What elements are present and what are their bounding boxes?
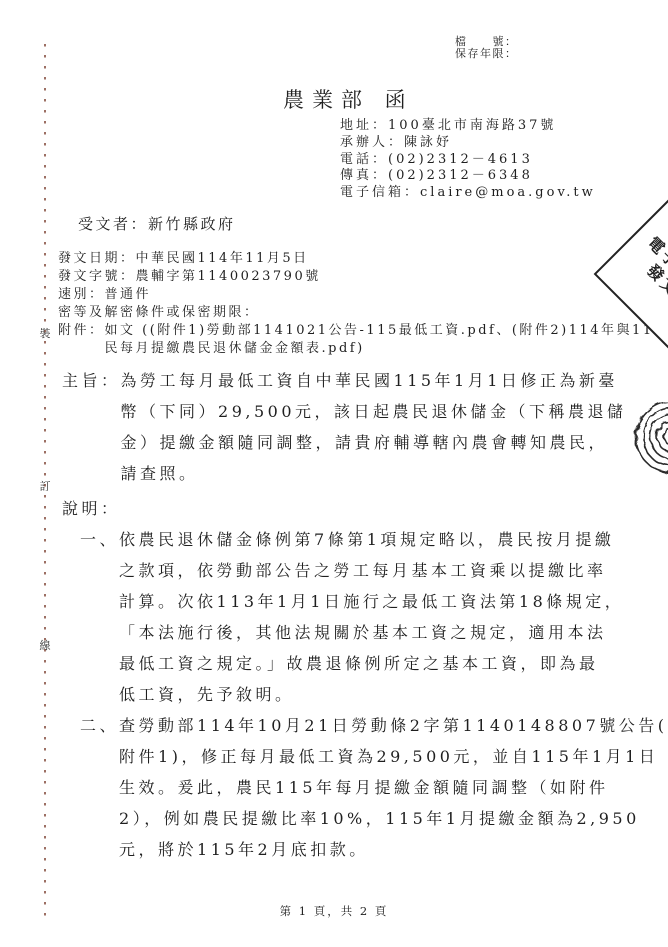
text-line: 民每月提繳農民退休儲金金額表.pdf): [105, 340, 668, 358]
text-line: 生效。爰此，農民115年每月提繳金額隨同調整（如附件: [119, 772, 668, 803]
item-number: 二、: [80, 710, 119, 741]
sender-fax: 傳真：(02)2312－6348: [340, 168, 596, 185]
subject-label: 主旨：: [62, 365, 121, 396]
description-item-1: 一、 依農民退休儲金條例第7條第1項規定略以，農民按月提繳之款項，依勞動部公告之…: [80, 524, 668, 710]
attachment-text: 如文 ((附件1)勞動部1141021公告-115最低工資.pdf、(附件2)1…: [105, 322, 668, 358]
file-number-block: 檔 號： 保存年限：: [455, 36, 518, 59]
item-text: 依農民退休儲金條例第7條第1項規定略以，農民按月提繳之款項，依勞動部公告之勞工每…: [119, 524, 624, 710]
text-line: 之款項，依勞動部公告之勞工每月基本工資乘以提繳比率: [119, 555, 624, 586]
item-text: 查勞動部114年10月21日勞動條2字第1140148807號公告(如附件1)，…: [119, 710, 668, 865]
sender-contact-person: 承辦人：陳詠妤: [340, 135, 596, 152]
text-line: 為勞工每月最低工資自中華民國115年1月1日修正為新臺: [121, 365, 627, 396]
binding-mark-ding: 訂: [37, 478, 53, 494]
text-line: 如文 ((附件1)勞動部1141021公告-115最低工資.pdf、(附件2)1…: [105, 322, 668, 340]
text-line: 幣（下同）29,500元，該日起農民退休儲金（下稱農退儲: [121, 396, 627, 427]
sender-email: 電子信箱：claire@moa.gov.tw: [340, 185, 596, 202]
text-line: 金）提繳金額隨同調整，請貴府輔導轄內農會轉知農民，: [121, 427, 627, 458]
official-letter-page: 裝 訂 線 檔 號： 保存年限： 農業部 函 地址：100臺北市南海路37號 承…: [0, 0, 668, 947]
attachment-row: 附件： 如文 ((附件1)勞動部1141021公告-115最低工資.pdf、(附…: [58, 322, 668, 358]
recipient-line: 受文者：新竹縣政府: [78, 213, 236, 234]
text-line: 請查照。: [121, 458, 627, 489]
description-item-2: 二、 查勞動部114年10月21日勞動條2字第1140148807號公告(如附件…: [80, 710, 668, 865]
text-line: 元，將於115年2月底扣款。: [119, 834, 668, 865]
speed-class: 速別：普通件: [58, 286, 668, 304]
description-label: 說明：: [62, 493, 668, 524]
retention-period-label: 保存年限：: [455, 48, 518, 60]
subject-block: 主旨： 為勞工每月最低工資自中華民國115年1月1日修正為新臺幣（下同）29,5…: [62, 365, 627, 489]
page-number-footer: 第 1 頁，共 2 頁: [0, 903, 668, 919]
security-class: 密等及解密條件或保密期限：: [58, 304, 668, 322]
doc-number: 發文字號：農輔字第1140023790號: [58, 268, 668, 286]
binding-mark-zhuang: 裝: [37, 325, 53, 341]
sender-phone: 電話：(02)2312－4613: [340, 152, 596, 169]
text-line: 最低工資之規定。」故農退條例所定之基本工資，即為最: [119, 648, 624, 679]
text-line: 依農民退休儲金條例第7條第1項規定略以，農民按月提繳: [119, 524, 624, 555]
subject-text: 為勞工每月最低工資自中華民國115年1月1日修正為新臺幣（下同）29,500元，…: [121, 365, 627, 489]
sender-info-block: 地址：100臺北市南海路37號 承辦人：陳詠妤 電話：(02)2312－4613…: [340, 118, 596, 202]
description-block: 說明： 一、 依農民退休儲金條例第7條第1項規定略以，農民按月提繳之款項，依勞動…: [62, 493, 668, 865]
issue-date: 發文日期：中華民國114年11月5日: [58, 250, 668, 268]
binding-mark-xian: 線: [37, 637, 53, 653]
text-line: 低工資，先予敘明。: [119, 679, 624, 710]
text-line: 「本法施行後，其他法規關於基本工資之規定，適用本法: [119, 617, 624, 648]
document-meta-block: 發文日期：中華民國114年11月5日 發文字號：農輔字第1140023790號 …: [58, 250, 668, 358]
seal-stamp-icon: [626, 396, 668, 480]
item-number: 一、: [80, 524, 119, 555]
text-line: 查勞動部114年10月21日勞動條2字第1140148807號公告(如: [119, 710, 668, 741]
text-line: 附件1)，修正每月最低工資為29,500元，並自115年1月1日: [119, 741, 668, 772]
sender-address: 地址：100臺北市南海路37號: [340, 118, 596, 135]
file-number-label: 檔 號：: [455, 36, 518, 48]
attachment-label: 附件：: [58, 322, 105, 340]
text-line: 2），例如農民提繳比率10%，115年1月提繳金額為2,950: [119, 803, 668, 834]
document-title: 農業部 函: [283, 84, 414, 114]
text-line: 計算。次依113年1月1日施行之最低工資法第18條規定，: [119, 586, 624, 617]
